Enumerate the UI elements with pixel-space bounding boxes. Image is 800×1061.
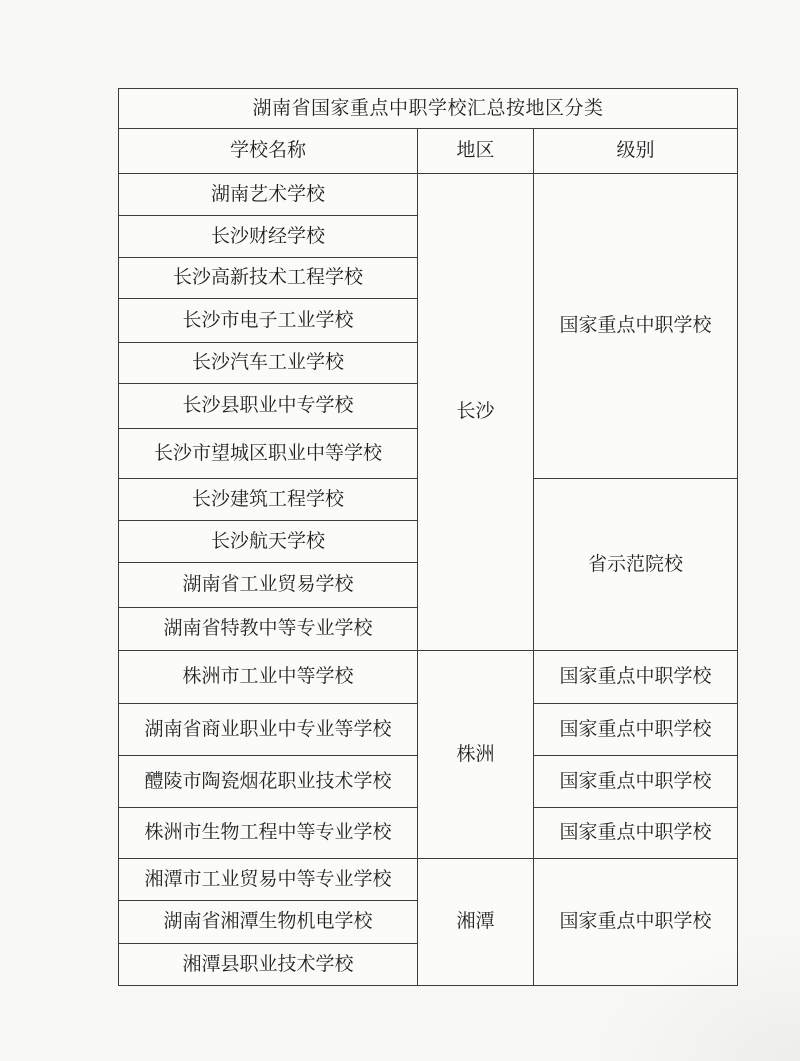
school-cell: 长沙县职业中专学校 (119, 384, 418, 429)
region-cell-changsha: 长沙 (418, 174, 534, 651)
school-cell: 株洲市生物工程中等专业学校 (119, 808, 418, 859)
level-cell: 国家重点中职学校 (534, 808, 738, 859)
school-cell: 长沙汽车工业学校 (119, 343, 418, 384)
level-cell: 国家重点中职学校 (534, 756, 738, 808)
school-cell: 湖南艺术学校 (119, 174, 418, 216)
level-cell-changsha-provincial: 省示范院校 (534, 479, 738, 651)
header-school-name: 学校名称 (119, 129, 418, 174)
table-row: 湖南艺术学校 长沙 国家重点中职学校 (119, 174, 738, 216)
table-row: 株洲市工业中等学校 株洲 国家重点中职学校 (119, 651, 738, 704)
school-cell: 长沙市望城区职业中等学校 (119, 429, 418, 479)
school-cell: 湘潭县职业技术学校 (119, 944, 418, 986)
school-cell: 长沙航天学校 (119, 521, 418, 563)
school-cell: 湘潭市工业贸易中等专业学校 (119, 859, 418, 901)
table-title: 湖南省国家重点中职学校汇总按地区分类 (119, 89, 738, 129)
header-region: 地区 (418, 129, 534, 174)
level-cell: 国家重点中职学校 (534, 704, 738, 756)
region-cell-xiangtan: 湘潭 (418, 859, 534, 986)
header-level: 级别 (534, 129, 738, 174)
table-row: 湖南省国家重点中职学校汇总按地区分类 (119, 89, 738, 129)
school-cell: 湖南省商业职业中专业等学校 (119, 704, 418, 756)
level-cell-changsha-national: 国家重点中职学校 (534, 174, 738, 479)
table-row: 湘潭市工业贸易中等专业学校 湘潭 国家重点中职学校 (119, 859, 738, 901)
school-cell: 长沙建筑工程学校 (119, 479, 418, 521)
school-cell: 长沙市电子工业学校 (119, 299, 418, 343)
table-row: 学校名称 地区 级别 (119, 129, 738, 174)
school-cell: 湖南省工业贸易学校 (119, 563, 418, 608)
school-cell: 湖南省特教中等专业学校 (119, 608, 418, 651)
level-cell-xiangtan-national: 国家重点中职学校 (534, 859, 738, 986)
school-cell: 株洲市工业中等学校 (119, 651, 418, 704)
school-cell: 长沙财经学校 (119, 216, 418, 258)
region-cell-zhuzhou: 株洲 (418, 651, 534, 859)
level-cell: 国家重点中职学校 (534, 651, 738, 704)
school-summary-table: 湖南省国家重点中职学校汇总按地区分类 学校名称 地区 级别 湖南艺术学校 长沙 … (118, 88, 738, 986)
school-cell: 长沙高新技术工程学校 (119, 258, 418, 299)
school-cell: 醴陵市陶瓷烟花职业技术学校 (119, 756, 418, 808)
school-cell: 湖南省湘潭生物机电学校 (119, 901, 418, 944)
